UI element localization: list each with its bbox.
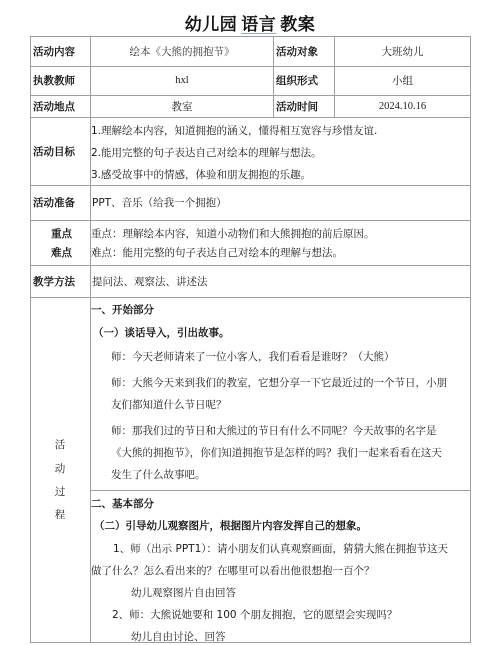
label-location: 活动地点 — [31, 95, 90, 117]
value-format: 小组 — [335, 66, 470, 95]
row-divider — [31, 297, 470, 298]
label-target: 活动对象 — [274, 37, 334, 66]
part1-line: 师：大熊今天来到我们的教室，它想分享一下它最近过的一个节日，小朋 — [111, 375, 447, 390]
label-methods: 教学方法 — [31, 265, 90, 297]
value-teacher: hxl — [91, 66, 273, 95]
process-label-char: 活 — [31, 437, 89, 452]
value-content: 绘本《大熊的拥抱节》 — [91, 37, 273, 66]
part1-line: 师：今天老师请来了一位小客人，我们看看是谁呀？（大熊） — [111, 349, 395, 364]
label-difficult-point: 难点 — [31, 242, 90, 262]
part2-line: 做了什么？怎么看出来的？在哪里可以看出他很想抱一百个？ — [91, 563, 375, 578]
process-label-char: 动 — [31, 461, 89, 476]
goal-item: 3.感受故事中的情感，体验和朋友拥抱的乐趣。 — [91, 167, 311, 182]
label-teacher: 执教教师 — [31, 66, 90, 95]
value-location: 教室 — [91, 95, 273, 117]
part1-line: 发生了什么故事吧。 — [111, 467, 206, 482]
value-preparation: PPT、音乐（给我一个拥抱） — [91, 185, 470, 220]
part2-line: 1、师（出示 PPT1）：请小朋友们认真观察画面，猜猜大熊在拥抱节这天 — [113, 541, 448, 556]
value-time: 2024.10.16 — [335, 95, 470, 117]
value-methods: 提问法、观察法、讲述法 — [91, 265, 470, 297]
label-format: 组织形式 — [274, 66, 334, 95]
label-goals: 活动目标 — [31, 117, 90, 185]
row-divider — [31, 220, 470, 221]
title-subject: 语言 — [237, 15, 280, 35]
label-time: 活动时间 — [274, 95, 334, 117]
part1-heading: 一、开始部分 — [91, 302, 154, 317]
lesson-plan-table: 活动内容 绘本《大熊的拥抱节》 活动对象 大班幼儿 执教教师 hxl 组织形式 … — [30, 36, 471, 643]
part1-line: 师：那我们过的节日和大熊过的节日有什么不同呢？今天故事的名字是 — [111, 423, 437, 438]
value-target: 大班幼儿 — [335, 37, 470, 66]
goal-item: 2.能用完整的句子表达自己对绘本的理解与想法。 — [91, 145, 322, 160]
part2-line: 幼儿自由讨论、回答 — [131, 629, 226, 644]
difficult-point-text: 难点：能用完整的句子表达自己对绘本的理解与想法。 — [91, 245, 343, 260]
part2-line: 幼儿观察图片自由回答 — [131, 585, 236, 600]
process-label-char: 过 — [31, 484, 89, 499]
key-point-text: 重点：理解绘本内容，知道小动物们和大熊拥抱的前后原因。 — [91, 226, 375, 241]
part1-subheading: （一）谈话导入，引出故事。 — [93, 325, 230, 340]
row-divider — [31, 117, 470, 118]
part2-line: 2、师：大熊说她要和 100 个朋友拥抱，它的愿望会实现吗？ — [112, 607, 397, 622]
title-prefix: 幼儿园 — [185, 15, 238, 35]
part2-subheading: （二）引导幼儿观察图片，根据图片内容发挥自己的想象。 — [94, 518, 367, 533]
label-key-point: 重点 — [31, 223, 90, 243]
part1-line: 友们都知道什么节日呢？ — [111, 397, 227, 412]
part2-heading: 二、基本部分 — [91, 496, 154, 511]
page-title: 幼儿园语言教案 — [0, 10, 500, 35]
label-preparation: 活动准备 — [31, 185, 90, 220]
process-label-char: 程 — [31, 507, 89, 522]
title-suffix: 教案 — [280, 15, 315, 35]
goal-item: 1.理解绘本内容，知道拥抱的涵义，懂得相互宽容与珍惜友谊. — [91, 123, 377, 138]
label-content: 活动内容 — [31, 37, 90, 66]
part1-line: 《大熊的拥抱节》，你们知道拥抱节是怎样的吗？我们一起来看看在这天 — [111, 445, 442, 460]
inner-divider — [90, 490, 470, 491]
